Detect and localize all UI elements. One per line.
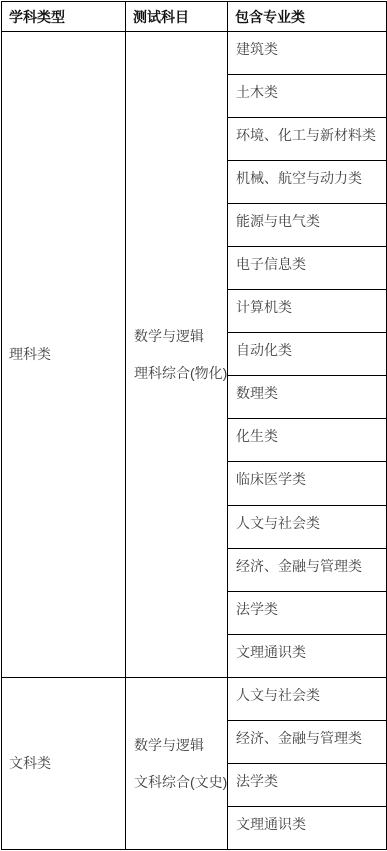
test-subject-line: 数学与逻辑 bbox=[134, 328, 221, 344]
cell-major: 能源与电气类 bbox=[228, 204, 387, 247]
test-subject-line: 理科综合(物化) bbox=[134, 365, 221, 381]
cell-major: 机械、航空与动力类 bbox=[228, 161, 387, 204]
cell-major: 数理类 bbox=[228, 376, 387, 419]
cell-major: 电子信息类 bbox=[228, 247, 387, 290]
cell-major: 经济、金融与管理类 bbox=[228, 720, 387, 763]
cell-major: 人文与社会类 bbox=[228, 505, 387, 548]
cell-major: 环境、化工与新材料类 bbox=[228, 118, 387, 161]
cell-major: 法学类 bbox=[228, 763, 387, 806]
subject-category-table: 学科类型 测试科目 包含专业类 理科类 数学与逻辑 理科综合(物化) 建筑类 土… bbox=[1, 1, 387, 850]
table-row: 文科类 数学与逻辑 文科综合(文史) 人文与社会类 bbox=[2, 677, 387, 720]
cell-subject-type-arts: 文科类 bbox=[2, 677, 126, 849]
cell-major: 建筑类 bbox=[228, 32, 387, 75]
cell-major: 自动化类 bbox=[228, 333, 387, 376]
header-included-majors: 包含专业类 bbox=[228, 2, 387, 32]
cell-major: 文理通识类 bbox=[228, 634, 387, 677]
header-subject-type: 学科类型 bbox=[2, 2, 126, 32]
cell-major: 计算机类 bbox=[228, 290, 387, 333]
page: 学科类型 测试科目 包含专业类 理科类 数学与逻辑 理科综合(物化) 建筑类 土… bbox=[0, 0, 387, 851]
cell-major: 法学类 bbox=[228, 591, 387, 634]
test-subject-line: 文科综合(文史) bbox=[134, 774, 221, 790]
cell-test-subjects-arts: 数学与逻辑 文科综合(文史) bbox=[126, 677, 228, 849]
header-row: 学科类型 测试科目 包含专业类 bbox=[2, 2, 387, 32]
cell-subject-type-science: 理科类 bbox=[2, 32, 126, 678]
header-test-subjects: 测试科目 bbox=[126, 2, 228, 32]
cell-major: 临床医学类 bbox=[228, 462, 387, 505]
cell-test-subjects-science: 数学与逻辑 理科综合(物化) bbox=[126, 32, 228, 678]
cell-major: 经济、金融与管理类 bbox=[228, 548, 387, 591]
cell-major: 人文与社会类 bbox=[228, 677, 387, 720]
test-subject-line: 数学与逻辑 bbox=[134, 737, 221, 753]
cell-major: 化生类 bbox=[228, 419, 387, 462]
table-row: 理科类 数学与逻辑 理科综合(物化) 建筑类 bbox=[2, 32, 387, 75]
cell-major: 文理通识类 bbox=[228, 806, 387, 849]
cell-major: 土木类 bbox=[228, 75, 387, 118]
